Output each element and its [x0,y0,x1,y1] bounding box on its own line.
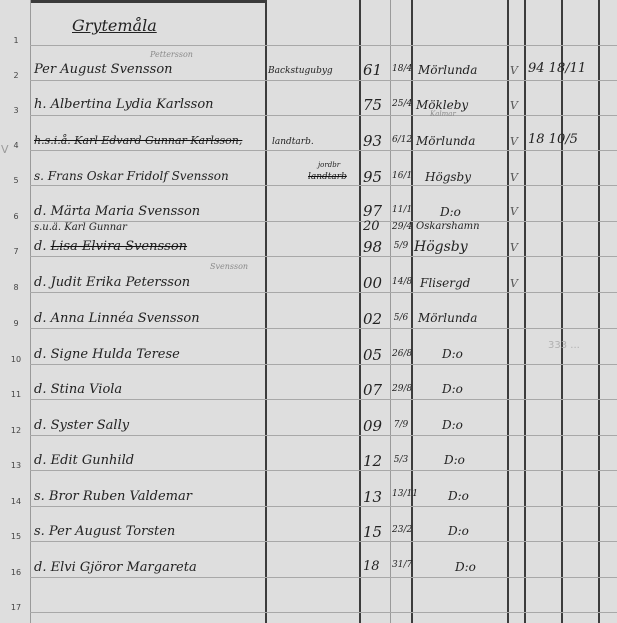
entry-birth-date: 16/1 [392,171,410,181]
entry-birth-place: Mörlunda [418,311,477,325]
entry-name: s. Per August Torsten [34,524,175,539]
row-number: 10 [8,355,24,364]
entry-birth-date: 13/11 [392,489,410,499]
entry-name: d. Syster Sally [34,418,129,433]
row-number: 15 [8,532,24,541]
entry-check: V [510,64,518,77]
row-number: 5 [8,176,24,185]
name-annotation: Svensson [210,262,248,271]
row-line [30,577,617,578]
entry-name: h. Albertina Lydia Karlsson [34,97,214,112]
entry-check: V [510,205,518,218]
struck-name: Lisa Elvira Svensson [51,239,187,254]
entry-name: d. Stina Viola [34,382,122,397]
row-number: 7 [8,247,24,256]
row-number: 12 [8,426,24,435]
row-number: 14 [8,497,24,506]
entry-birth-place: D:o [448,524,469,538]
entry-birth-year: 12 [363,452,389,470]
entry-check: V [510,277,518,290]
entry-birth-date: 26/8 [392,349,410,359]
entry-occupation: Backstugubyg [268,66,333,76]
entry-birth-place: D:o [440,205,461,219]
entry-name: h.s.i.å. Karl Edvard Gunnar Karlsson, [34,134,242,147]
column-divider [524,0,526,623]
entry-name: d. Elvi Gjöror Margareta [34,560,197,575]
entry-birth-year: 13 [363,488,389,506]
column-divider [598,0,600,623]
column-divider [561,0,563,623]
entry-name: d. Judit Erika Petersson [34,275,190,290]
row-number: 2 [8,71,24,80]
row-line [30,80,617,81]
entry-birth-date: 14/8 [392,277,410,287]
entry-birth-year: 15 [363,523,389,541]
entry-name: d. Anna Linnéa Svensson [34,311,200,326]
entry-birth-place: Flisergd [420,276,470,290]
entry-birth-date: 18/4 [392,64,410,74]
column-divider [507,0,509,623]
row-number: 3 [8,106,24,115]
row-line [30,435,617,436]
row-number: 11 [8,390,24,399]
row-number: 6 [8,212,24,221]
entry-birth-date: 11/1 [392,205,410,215]
entry-name: s. Bror Ruben Valdemar [34,489,192,504]
row-line [30,292,617,293]
entry-birth-date: 29/4 [392,222,410,232]
entry-birth-place: Högsby [425,170,471,184]
register-page: V 333 ... 1 2 3 4 5 6 7 8 9 10 11 12 13 … [0,0,617,623]
row-number: 9 [8,319,24,328]
row-line [30,399,617,400]
entry-birth-year: 20 [363,219,389,234]
entry-name: s. Frans Oskar Fridolf Svensson [34,169,229,183]
column-divider [390,0,391,623]
entry-birth-date: 6/12 [392,135,410,145]
row-line [30,612,617,613]
entry-birth-year: 95 [363,168,389,186]
entry-birth-place: D:o [442,418,463,432]
entry-birth-date: 23/2 [392,525,410,535]
entry-birth-date: 5/6 [392,313,410,323]
row-number: 16 [8,568,24,577]
row-line [30,364,617,365]
entry-birth-year: 09 [363,417,389,435]
entry-birth-year: 93 [363,132,389,150]
row-number: 8 [8,283,24,292]
column-divider [359,0,361,623]
entry-birth-year: 97 [363,202,389,220]
row-line [30,541,617,542]
entry-moved: 18 10/5 [528,132,578,147]
entry-birth-year: 61 [363,61,389,79]
section-heading: Grytemåla [72,16,157,35]
entry-birth-place: D:o [444,453,465,467]
row-number: 17 [8,603,24,612]
place-note: Kalmar [430,110,456,118]
entry-birth-year: 07 [363,381,389,399]
row-line [30,328,617,329]
occupation-note: jordbr [318,161,340,169]
row-line [30,256,617,257]
entry-birth-year: 02 [363,310,389,328]
entry-birth-year: 75 [363,96,389,114]
entry-birth-date: 5/3 [392,455,410,465]
entry-birth-place: D:o [442,382,463,396]
entry-birth-place: D:o [442,347,463,361]
entry-name: d. Edit Gunhild [34,453,134,468]
entry-birth-place: D:o [455,560,476,574]
entry-occupation: landtarb. [272,137,314,147]
entry-check: V [510,171,518,184]
row-line [30,45,617,46]
entry-moved: 94 18/11 [528,61,586,76]
row-line [30,115,617,116]
row-line [30,185,617,186]
entry-name: s.u.ä. Karl Gunnar [34,222,127,233]
name-annotation: Pettersson [150,50,193,59]
top-border [30,0,265,3]
column-divider [265,0,267,623]
left-border-line [30,0,31,623]
entry-name: d. Signe Hulda Terese [34,347,180,362]
entry-name: Per August Svensson [34,62,173,77]
entry-birth-year: 00 [363,274,389,292]
entry-check: V [510,135,518,148]
entry-name: d. Märta Maria Svensson [34,204,200,219]
entry-check: V [510,241,518,254]
entry-check: V [510,99,518,112]
entry-birth-place: Mörlunda [416,134,475,148]
row-number: 13 [8,461,24,470]
entry-birth-date: 25/4 [392,99,410,109]
entry-birth-place: Högsby [414,239,468,255]
entry-birth-date: 31/7 [392,560,410,570]
entry-name: d. Lisa Elvira Svensson [34,239,187,254]
smudge-text: 333 ... [548,340,580,351]
row-line [30,506,617,507]
entry-occupation: landtarb [308,172,347,182]
row-number: 1 [8,36,24,45]
entry-birth-date: 5/9 [392,241,410,251]
row-line [30,470,617,471]
entry-birth-place: Mörlunda [418,63,477,77]
row-line [30,150,617,151]
entry-birth-place: Oskarshamn [416,221,480,232]
entry-birth-date: 7/9 [392,420,410,430]
entry-birth-year: 18 [363,559,389,574]
entry-birth-year: 05 [363,346,389,364]
entry-birth-year: 98 [363,238,389,256]
entry-birth-place: D:o [448,489,469,503]
row-number: 4 [8,141,24,150]
entry-birth-date: 29/8 [392,384,410,394]
